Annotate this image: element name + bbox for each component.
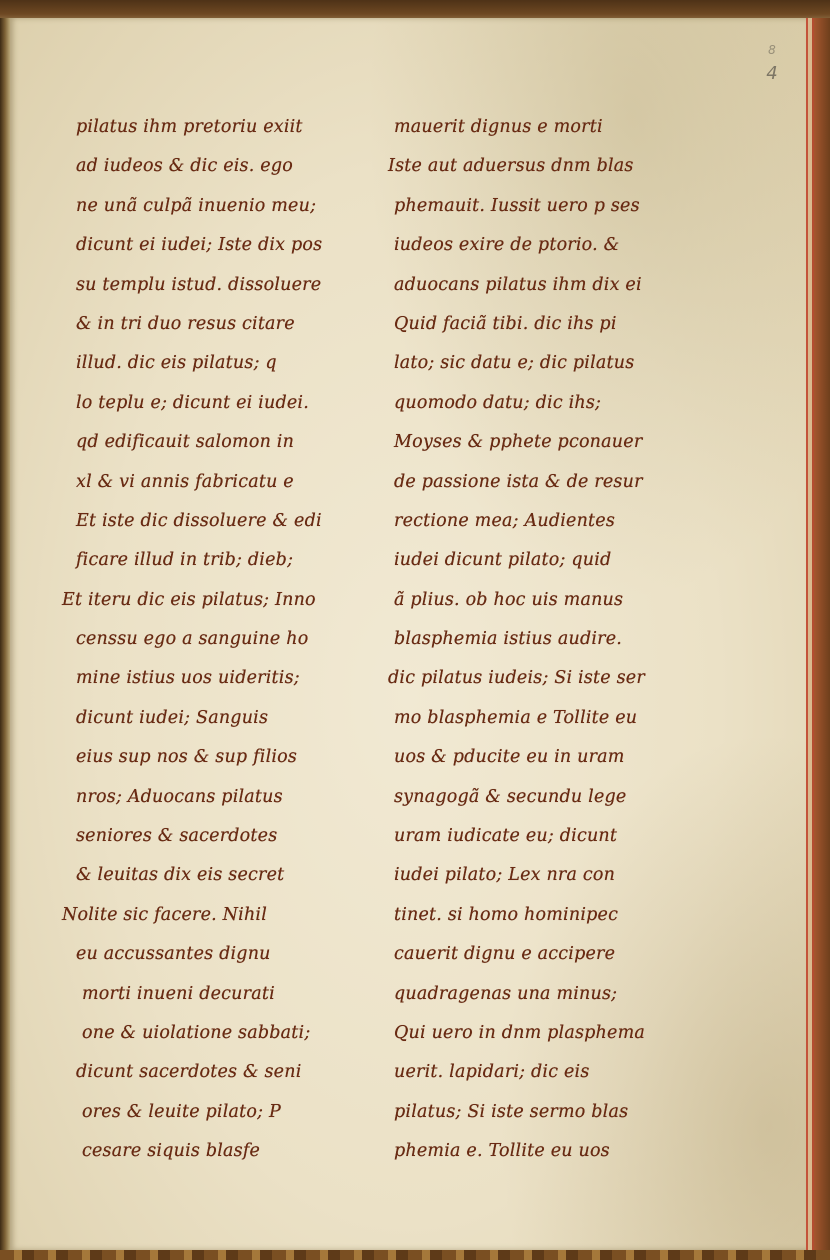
text-line: Quid faciã tibi. dic ihs pi: [382, 305, 700, 344]
text-column-left: pilatus ihm pretoriu exiit ad iudeos & d…: [62, 108, 372, 1172]
text-line: pilatus ihm pretoriu exiit: [62, 108, 372, 147]
text-line: uos & pducite eu in uram: [382, 738, 700, 777]
text-line: phemia e. Tollite eu uos: [382, 1132, 700, 1171]
text-line: su templu istud. dissoluere: [62, 266, 372, 305]
text-line: ne unã culpã inuenio meu;: [62, 187, 372, 226]
text-line: & leuitas dix eis secret: [62, 856, 372, 895]
folio-number: 8 4: [760, 38, 784, 86]
text-line: Et iteru dic eis pilatus; Inno: [62, 581, 372, 620]
text-line: iudei pilato; Lex nra con: [382, 856, 700, 895]
text-line: mauerit dignus e morti: [382, 108, 700, 147]
text-line: qd edificauit salomon in: [62, 423, 372, 462]
page-stack-edge: [814, 18, 830, 1250]
text-line: ad iudeos & dic eis. ego: [62, 147, 372, 186]
text-line: synagogã & secundu lege: [382, 778, 700, 817]
text-line: cesare siquis blasfe: [62, 1132, 372, 1171]
text-line: aduocans pilatus ihm dix ei: [382, 266, 700, 305]
text-line: dicunt sacerdotes & seni: [62, 1053, 372, 1092]
text-line: rectione mea; Audientes: [382, 502, 700, 541]
text-line: seniores & sacerdotes: [62, 817, 372, 856]
text-line: ficare illud in trib; dieb;: [62, 541, 372, 580]
text-line: pilatus; Si iste sermo blas: [382, 1093, 700, 1132]
text-line: dicunt iudei; Sanguis: [62, 699, 372, 738]
text-line: morti inueni decurati: [62, 975, 372, 1014]
book-top-edge: [0, 0, 830, 20]
text-line: censsu ego a sanguine ho: [62, 620, 372, 659]
text-line: Qui uero in dnm plasphema: [382, 1014, 700, 1053]
text-line: iudei dicunt pilato; quid: [382, 541, 700, 580]
text-line: phemauit. Iussit uero p ses: [382, 187, 700, 226]
text-line: uram iudicate eu; dicunt: [382, 817, 700, 856]
page-gutter: [0, 18, 10, 1250]
text-line: Moyses & pphete pconauer: [382, 423, 700, 462]
text-line: mo blasphemia e Tollite eu: [382, 699, 700, 738]
pencil-mark: 8: [760, 38, 784, 62]
text-line: lo teplu e; dicunt ei iudei.: [62, 384, 372, 423]
text-line: cauerit dignu e accipere: [382, 935, 700, 974]
text-column-right: mauerit dignus e morti Iste aut aduersus…: [382, 108, 700, 1172]
text-line: ã plius. ob hoc uis manus: [382, 581, 700, 620]
book-bottom-edge: [0, 1250, 830, 1260]
text-line: dic pilatus iudeis; Si iste ser: [382, 659, 700, 698]
text-line: Et iste dic dissoluere & edi: [62, 502, 372, 541]
text-line: de passione ista & de resur: [382, 463, 700, 502]
folio-numeral: 4: [766, 63, 777, 84]
text-line: eu accussantes dignu: [62, 935, 372, 974]
text-line: quadragenas una minus;: [382, 975, 700, 1014]
text-line: blasphemia istius audire.: [382, 620, 700, 659]
text-line: lato; sic datu e; dic pilatus: [382, 344, 700, 383]
text-line: xl & vi annis fabricatu e: [62, 463, 372, 502]
text-line: mine istius uos uideritis;: [62, 659, 372, 698]
text-line: & in tri duo resus citare: [62, 305, 372, 344]
text-line: illud. dic eis pilatus; q: [62, 344, 372, 383]
text-line: eius sup nos & sup filios: [62, 738, 372, 777]
text-line: one & uiolatione sabbati;: [62, 1014, 372, 1053]
text-line: tinet. si homo hominipec: [382, 896, 700, 935]
text-line: quomodo datu; dic ihs;: [382, 384, 700, 423]
text-line: Iste aut aduersus dnm blas: [382, 147, 700, 186]
text-line: iudeos exire de ptorio. &: [382, 226, 700, 265]
text-line: ores & leuite pilato; P: [62, 1093, 372, 1132]
text-line: uerit. lapidari; dic eis: [382, 1053, 700, 1092]
text-line: dicunt ei iudei; Iste dix pos: [62, 226, 372, 265]
text-line: nros; Aduocans pilatus: [62, 778, 372, 817]
text-line: Nolite sic facere. Nihil: [62, 896, 372, 935]
